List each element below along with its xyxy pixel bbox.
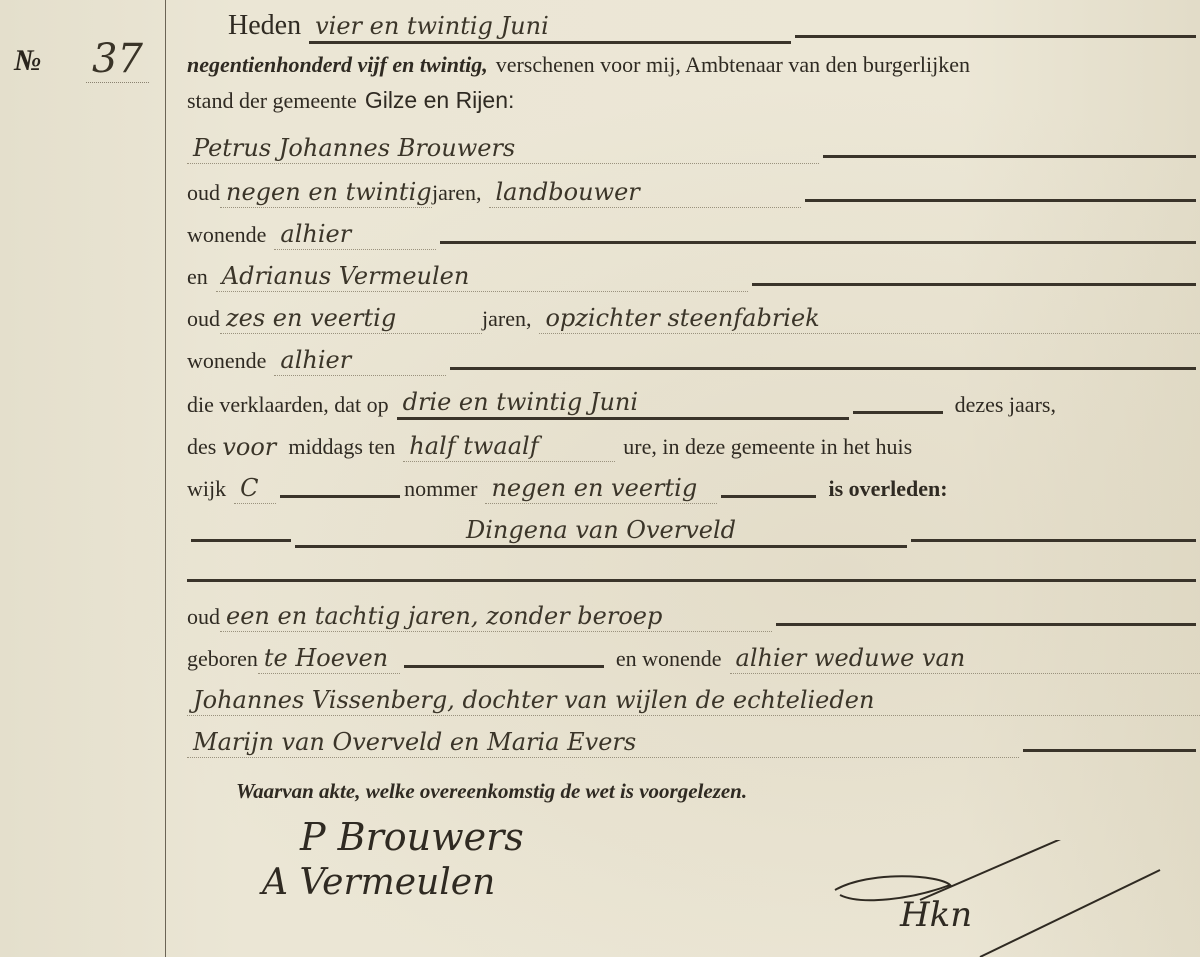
closing-statement: Waarvan akte, welke overeenkomstig de we…: [236, 781, 747, 806]
deceased-name: Dingena van Overveld: [295, 518, 907, 548]
signature-declarant1: P Brouwers: [300, 815, 524, 859]
deceased-age-occupation: een en tachtig jaren, zonder beroep: [220, 604, 772, 632]
ure-text: ure, in deze gemeente in het huis: [623, 436, 912, 462]
voor-value: voor: [216, 435, 288, 462]
line-spouse: Johannes Vissenberg, dochter van wijlen …: [187, 676, 1200, 716]
line-declarant2-age: oud zes en veertig jaren, opzichter stee…: [187, 294, 1200, 334]
line-deceased-age: oud een en tachtig jaren, zonder beroep: [187, 592, 1200, 632]
declarant2-residence: alhier: [274, 348, 446, 376]
wonende-label: wonende: [187, 350, 266, 376]
fill-line: [721, 495, 816, 498]
fill-line: [823, 155, 1196, 158]
middags-text: middags ten: [288, 436, 395, 462]
line-closing: Waarvan akte, welke overeenkomstig de we…: [236, 766, 1200, 806]
birthplace: te Hoeven: [258, 646, 400, 674]
oud-label: oud: [187, 308, 220, 334]
municipality-name: Gilze en Rijen: [365, 89, 508, 116]
signature-declarant2: A Vermeulen: [262, 862, 495, 903]
oud-label: oud: [187, 606, 220, 632]
declarant1-occupation: landbouwer: [489, 180, 801, 208]
geboren-label: geboren: [187, 648, 258, 674]
number-label: №: [14, 44, 41, 78]
fill-line: [795, 35, 1196, 38]
dezes-jaars-text: dezes jaars,: [955, 394, 1056, 420]
line-declarant1-age: oud negen en twintig jaren, landbouwer: [187, 168, 1200, 208]
declarant1-age: negen en twintig: [220, 180, 432, 208]
fill-line: [805, 199, 1196, 202]
declarant1-name: Petrus Johannes Brouwers: [187, 136, 819, 164]
line-date: Heden vier en twintig Juni: [228, 4, 1200, 44]
line-parents: Marijn van Overveld en Maria Evers: [187, 718, 1200, 758]
declarant2-name: Adrianus Vermeulen: [216, 264, 748, 292]
verklaarden-text: die verklaarden, dat op: [187, 394, 389, 420]
signature-flourish-icon: [830, 840, 1170, 957]
fill-line: [187, 579, 1196, 582]
colon: :: [508, 89, 514, 116]
line-declarant2-residence: wonende alhier: [187, 336, 1200, 376]
en-label: en: [187, 266, 208, 292]
fill-line: [280, 495, 400, 498]
record-number: 37: [86, 36, 149, 83]
house-number: negen en veertig: [485, 476, 717, 504]
deceased-residence: alhier weduwe van: [730, 646, 1200, 674]
line-birthplace: geboren te Hoeven en wonende alhier wedu…: [187, 634, 1200, 674]
jaren-label: jaren,: [482, 308, 531, 334]
line-municipality: stand der gemeente Gilze en Rijen :: [187, 76, 1200, 116]
wijk-value: C: [234, 476, 276, 504]
overleden-text: is overleden:: [828, 478, 947, 504]
jaren-label: jaren,: [432, 182, 481, 208]
en-wonende-text: en wonende: [616, 648, 722, 674]
nommer-label: nommer: [404, 478, 477, 504]
wonende-label: wonende: [187, 224, 266, 250]
fill-line: [911, 539, 1196, 542]
line-declarant2: en Adrianus Vermeulen: [187, 252, 1200, 292]
des-label: des: [187, 436, 216, 462]
declarant2-age: zes en veertig: [220, 306, 482, 334]
document-page: № 37 Heden vier en twintig Juni negentie…: [0, 0, 1200, 957]
line-deceased: Dingena van Overveld: [187, 508, 1200, 548]
fill-line: [404, 665, 604, 668]
stand-text: stand der gemeente: [187, 90, 357, 116]
line-death-time: des voor middags ten half twaalf ure, in…: [187, 422, 1200, 462]
parents-names: Marijn van Overveld en Maria Evers: [187, 730, 1019, 758]
declarant1-residence: alhier: [274, 222, 436, 250]
wijk-label: wijk: [187, 478, 226, 504]
line-death-date: die verklaarden, dat op drie en twintig …: [187, 380, 1200, 420]
death-date: drie en twintig Juni: [397, 390, 849, 420]
declarant2-occupation: opzichter steenfabriek: [539, 306, 1200, 334]
fill-line: [853, 411, 943, 414]
line-declarant1-residence: wonende alhier: [187, 210, 1200, 250]
fill-line: [191, 539, 291, 542]
fill-line: [440, 241, 1196, 244]
death-time: half twaalf: [403, 434, 615, 462]
fill-line: [450, 367, 1196, 370]
line-blank: [187, 548, 1200, 588]
margin-rule: [165, 0, 166, 957]
fill-line: [1023, 749, 1196, 752]
fill-line: [752, 283, 1196, 286]
fill-line: [776, 623, 1196, 626]
spouse-parents-text: Johannes Vissenberg, dochter van wijlen …: [187, 688, 1200, 716]
line-address: wijk C nommer negen en veertig is overle…: [187, 464, 1200, 504]
line-declarant1: Petrus Johannes Brouwers: [187, 124, 1200, 164]
line-year: negentienhonderd vijf en twintig, versch…: [187, 40, 1200, 80]
oud-label: oud: [187, 182, 220, 208]
